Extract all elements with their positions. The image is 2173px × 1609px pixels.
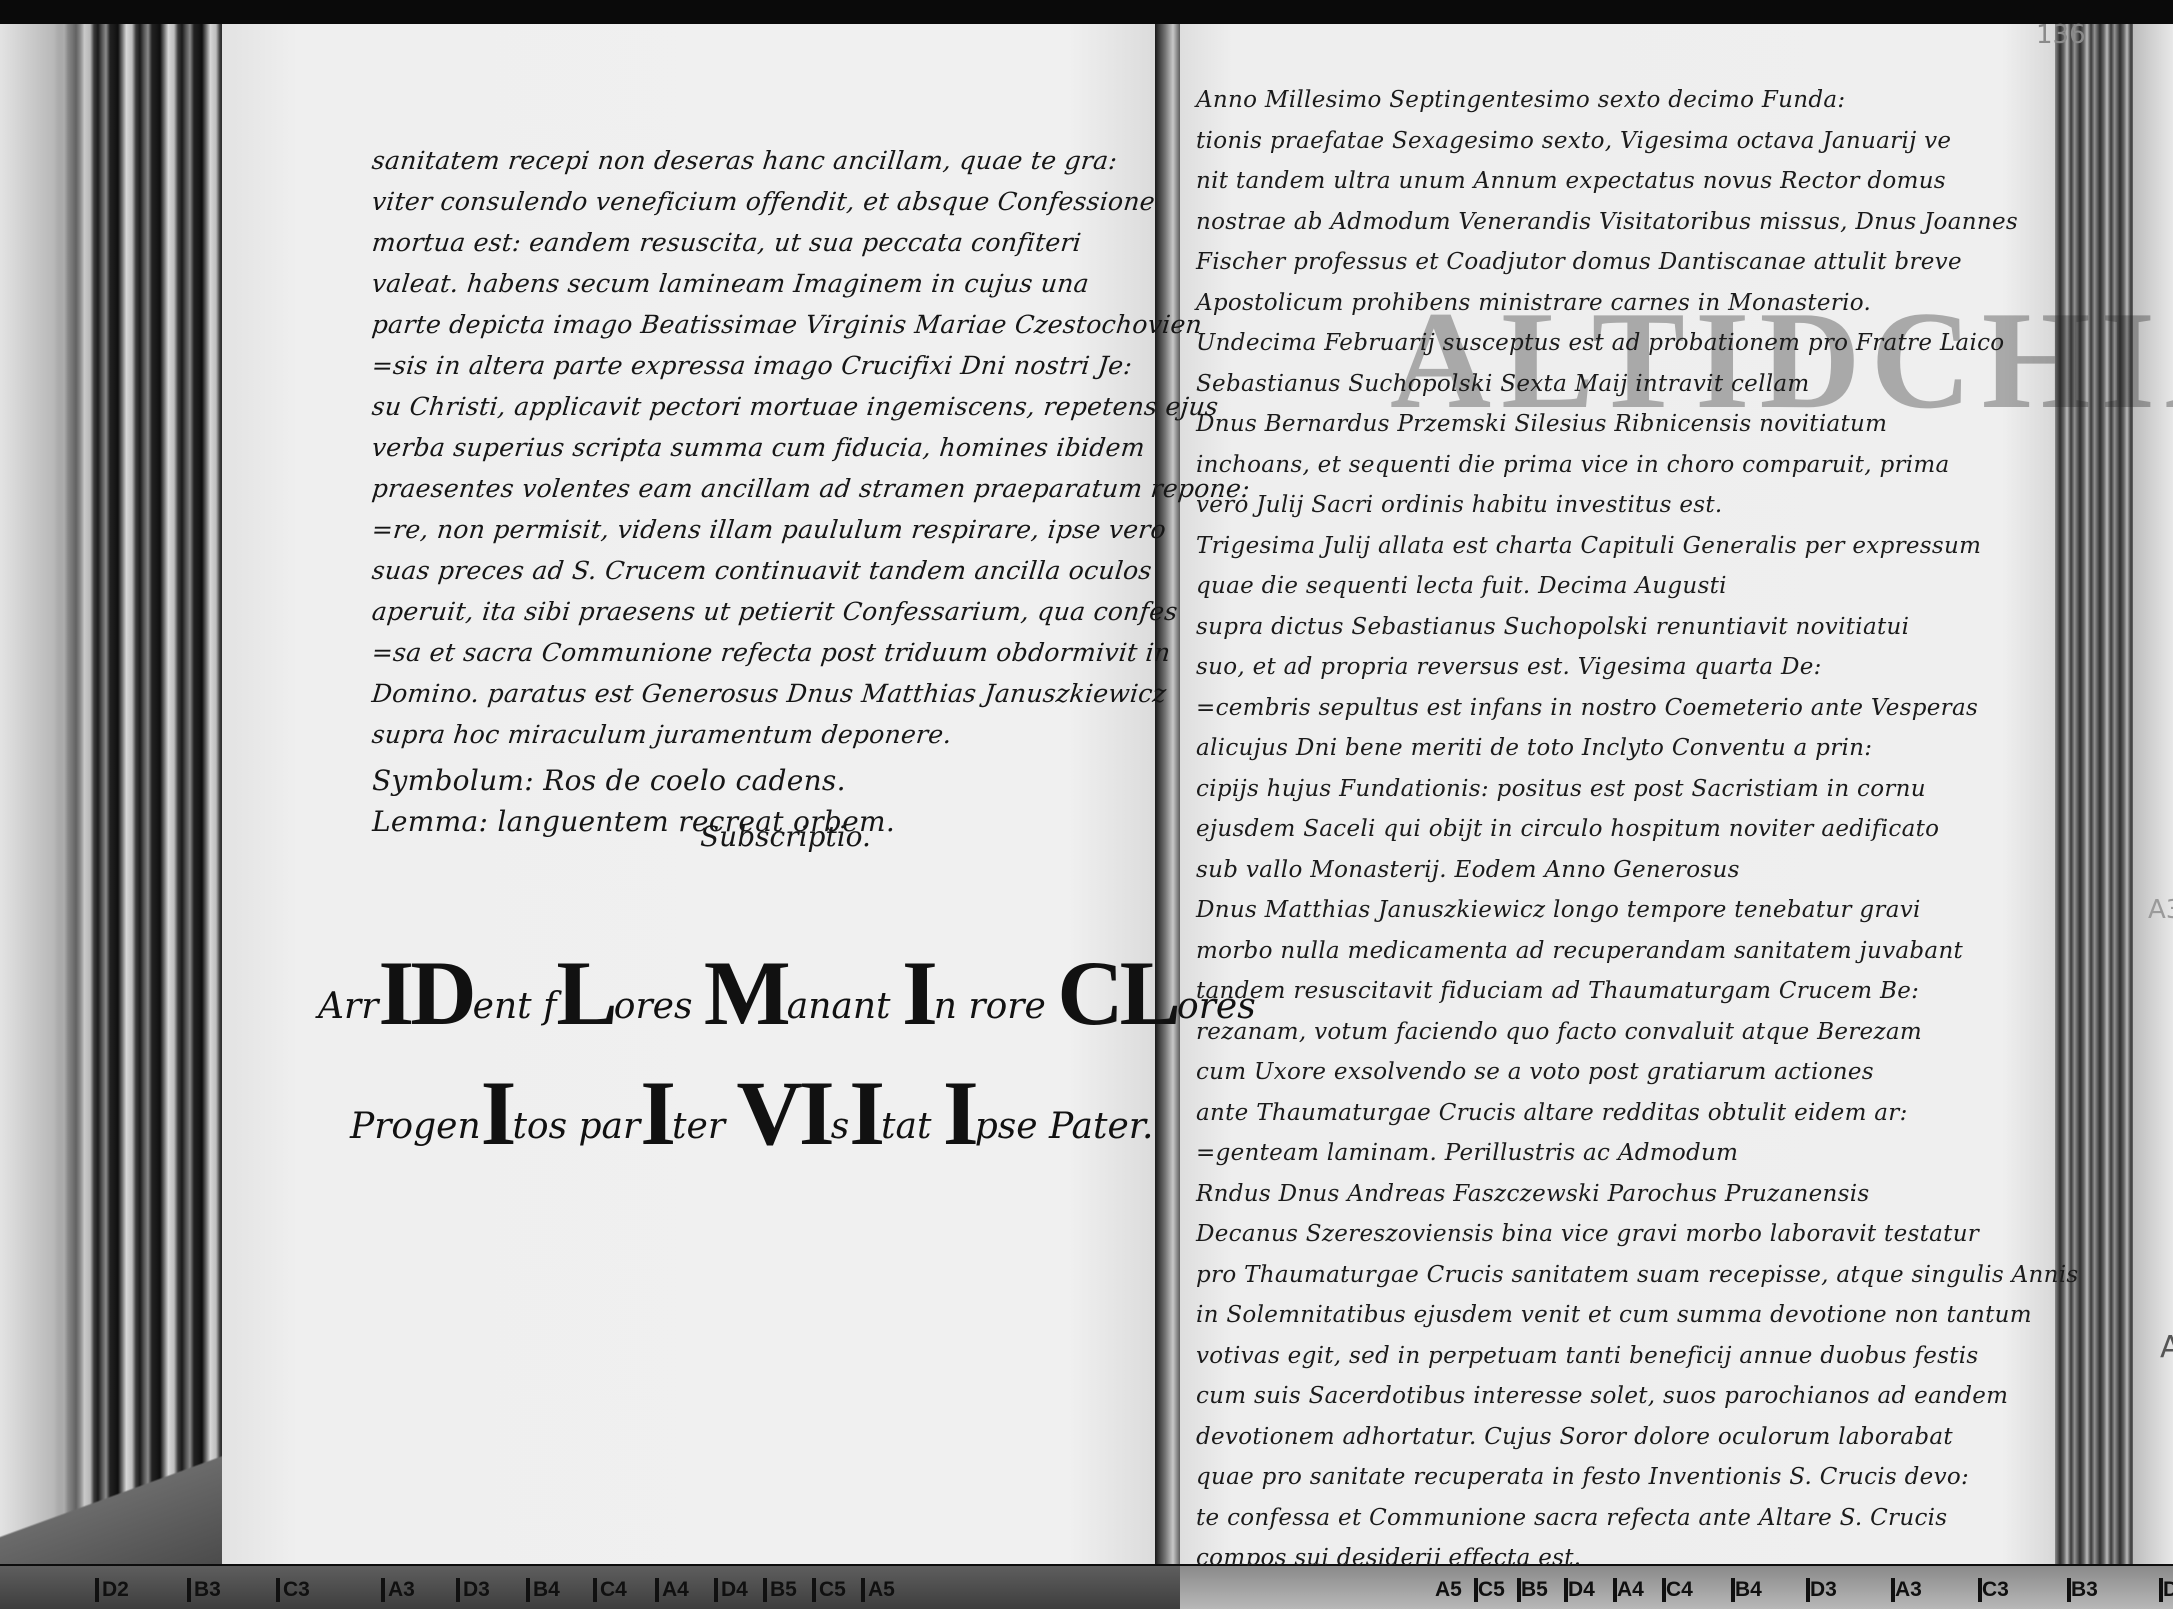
scale-label: D3 xyxy=(1810,1578,1895,1602)
scale-label: B3 xyxy=(2071,1578,2163,1602)
manuscript-line: aperuit, ita sibi praesens ut petierit C… xyxy=(370,591,1252,632)
manuscript-line: Dnus Matthias Januszkiewicz longo tempor… xyxy=(1196,890,2078,931)
scale-label: C5 xyxy=(812,1578,861,1602)
edge-mark-lower: A xyxy=(2160,1330,2173,1365)
manuscript-line: sanitatem recepi non deseras hanc ancill… xyxy=(370,140,1252,181)
chronogram-text: Progen xyxy=(350,1106,481,1147)
manuscript-line: quae die sequenti lecta fuit. Decima Aug… xyxy=(1196,566,2078,607)
chronogram-numeral: L xyxy=(556,942,613,1044)
manuscript-line: Sebastianus Suchopolski Sexta Maij intra… xyxy=(1196,364,2078,405)
chronogram-text: ter xyxy=(672,1106,736,1147)
scale-label: D4 xyxy=(1568,1578,1617,1602)
manuscript-line: su Christi, applicavit pectori mortuae i… xyxy=(370,386,1252,427)
folio-number: 136 xyxy=(2036,20,2086,50)
symbolum-line: Symbolum: Ros de coelo cadens. xyxy=(372,760,895,801)
manuscript-line: nit tandem ultra unum Annum expectatus n… xyxy=(1196,161,2078,202)
chronogram-numeral: I xyxy=(849,1062,881,1164)
manuscript-line: Dnus Bernardus Przemski Silesius Ribnice… xyxy=(1196,404,2078,445)
manuscript-line: inchoans, et sequenti die prima vice in … xyxy=(1196,445,2078,486)
manuscript-line: tionis praefatae Sexagesimo sexto, Viges… xyxy=(1196,121,2078,162)
chronogram-text: anant xyxy=(787,986,902,1027)
chronogram-text: ores xyxy=(614,986,704,1027)
manuscript-line: votivas egit, sed in perpetuam tanti ben… xyxy=(1196,1336,2078,1377)
scale-label: C4 xyxy=(1666,1578,1735,1602)
manuscript-line: devotionem adhortatur. Cujus Soror dolor… xyxy=(1196,1417,2078,1458)
manuscript-line: =cembris sepultus est infans in nostro C… xyxy=(1196,688,2078,729)
chronogram-text: n rore xyxy=(934,986,1057,1027)
manuscript-line: Apostolicum prohibens ministrare carnes … xyxy=(1196,283,2078,324)
manuscript-line: praesentes volentes eam ancillam ad stra… xyxy=(370,468,1252,509)
manuscript-line: sub vallo Monasterij. Eodem Anno Generos… xyxy=(1196,850,2078,891)
manuscript-line: pro Thaumaturgae Crucis sanitatem suam r… xyxy=(1196,1255,2078,1296)
chronogram-numeral: M xyxy=(704,942,787,1044)
scale-label: B5 xyxy=(1521,1578,1568,1602)
scale-label: C5 xyxy=(1478,1578,1521,1602)
manuscript-line: vero Julij Sacri ordinis habitu investit… xyxy=(1196,485,2078,526)
left-page-body: sanitatem recepi non deseras hanc ancill… xyxy=(372,140,1250,755)
edge-mark-upper: A3 xyxy=(2148,895,2173,925)
manuscript-line: rezanam, votum faciendo quo facto conval… xyxy=(1196,1012,2078,1053)
scale-label: B4 xyxy=(526,1578,593,1602)
chronogram-text: s xyxy=(831,1106,849,1147)
manuscript-line: tandem resuscitavit fiduciam ad Thaumatu… xyxy=(1196,971,2078,1012)
manuscript-line: Anno Millesimo Septingentesimo sexto dec… xyxy=(1196,80,2078,121)
chronogram-numeral: VI xyxy=(736,1062,830,1164)
manuscript-line: in Solemnitatibus ejusdem venit et cum s… xyxy=(1196,1295,2078,1336)
manuscript-line: nostrae ab Admodum Venerandis Visitatori… xyxy=(1196,202,2078,243)
manuscript-line: =genteam laminam. Perillustris ac Admodu… xyxy=(1196,1133,2078,1174)
manuscript-line: ejusdem Saceli qui obijt in circulo hosp… xyxy=(1196,809,2078,850)
manuscript-line: supra hoc miraculum juramentum deponere. xyxy=(370,714,1252,755)
manuscript-line: verba superius scripta summa cum fiducia… xyxy=(370,427,1252,468)
scanner-top-border xyxy=(0,0,2173,25)
scale-label: D4 xyxy=(714,1578,763,1602)
right-page-body: Anno Millesimo Septingentesimo sexto dec… xyxy=(1196,80,2078,1579)
scale-label: A5 xyxy=(861,1578,910,1602)
manuscript-line: cum Uxore exsolvendo se a voto post grat… xyxy=(1196,1052,2078,1093)
manuscript-line: parte depicta imago Beatissimae Virginis… xyxy=(370,304,1252,345)
manuscript-line: Fischer professus et Coadjutor domus Dan… xyxy=(1196,242,2078,283)
scale-label: A5 xyxy=(1435,1578,1478,1602)
scale-label: C4 xyxy=(593,1578,655,1602)
book-edge-left xyxy=(0,24,232,1564)
chronogram-numeral: I xyxy=(481,1062,513,1164)
scale-label: D3 xyxy=(456,1578,526,1602)
chronogram-numeral: ID xyxy=(378,942,472,1044)
scale-labels-right: A5C5B5D4A4C4B4D3A3C3B3D2A2 xyxy=(1435,1578,2173,1602)
manuscript-line: Decanus Szereszoviensis bina vice gravi … xyxy=(1196,1214,2078,1255)
scale-label: B4 xyxy=(1735,1578,1810,1602)
manuscript-line: supra dictus Sebastianus Suchopolski ren… xyxy=(1196,607,2078,648)
chronogram-line-2: ProgenItos parIter VIsItat Ipse Pater. xyxy=(350,1060,1154,1166)
chronogram-numeral: CL xyxy=(1057,942,1177,1044)
scale-label: D2 xyxy=(2163,1578,2173,1602)
manuscript-line: Trigesima Julij allata est charta Capitu… xyxy=(1196,526,2078,567)
chronogram-text: pse Pater. xyxy=(975,1106,1154,1147)
manuscript-line: quae pro sanitate recuperata in festo In… xyxy=(1196,1457,2078,1498)
manuscript-line: cipijs hujus Fundationis: positus est po… xyxy=(1196,769,2078,810)
manuscript-line: valeat. habens secum lamineam Imaginem i… xyxy=(370,263,1252,304)
manuscript-line: suas preces ad S. Crucem continuavit tan… xyxy=(370,550,1252,591)
chronogram-line-1: ArrIDent fLores Manant In rore CLores xyxy=(318,940,1256,1046)
chronogram-numeral: I xyxy=(943,1062,975,1164)
scale-label: C3 xyxy=(1982,1578,2071,1602)
chronogram-numeral: I xyxy=(640,1062,672,1164)
manuscript-line: =re, non permisit, videns illam paululum… xyxy=(370,509,1252,550)
manuscript-line: morbo nulla medicamenta ad recuperandam … xyxy=(1196,931,2078,972)
scale-label: B3 xyxy=(187,1578,276,1602)
manuscript-line: Rndus Dnus Andreas Faszczewski Parochus … xyxy=(1196,1174,2078,1215)
chronogram-text: ent f xyxy=(473,986,557,1027)
scale-label: A3 xyxy=(1895,1578,1982,1602)
scale-label: B5 xyxy=(763,1578,812,1602)
manuscript-line: Domino. paratus est Generosus Dnus Matth… xyxy=(370,673,1252,714)
manuscript-line: Undecima Februarij susceptus est ad prob… xyxy=(1196,323,2078,364)
scale-label: C3 xyxy=(276,1578,381,1602)
chronogram-text: tat xyxy=(881,1106,943,1147)
manuscript-line: mortua est: eandem resuscita, ut sua pec… xyxy=(370,222,1252,263)
scale-label: D2 xyxy=(95,1578,187,1602)
manuscript-line: =sis in altera parte expressa imago Cruc… xyxy=(370,345,1252,386)
chronogram-text: Arr xyxy=(318,986,378,1027)
manuscript-line: cum suis Sacerdotibus interesse solet, s… xyxy=(1196,1376,2078,1417)
manuscript-line: ante Thaumaturgae Crucis altare redditas… xyxy=(1196,1093,2078,1134)
chronogram-text: tos par xyxy=(512,1106,640,1147)
manuscript-line: =sa et sacra Communione refecta post tri… xyxy=(370,632,1252,673)
scale-label: A4 xyxy=(1617,1578,1666,1602)
manuscript-line: te confessa et Communione sacra refecta … xyxy=(1196,1498,2078,1539)
manuscript-line: alicujus Dni bene meriti de toto Inclyto… xyxy=(1196,728,2078,769)
scale-label: A4 xyxy=(655,1578,714,1602)
subscriptio-heading: Subscriptio. xyxy=(700,820,871,853)
manuscript-line: viter consulendo veneficium offendit, et… xyxy=(370,181,1252,222)
chronogram-numeral: I xyxy=(902,942,934,1044)
manuscript-line: suo, et ad propria reversus est. Vigesim… xyxy=(1196,647,2078,688)
scale-label: A3 xyxy=(381,1578,456,1602)
scale-labels-left: D2B3C3A3D3B4C4A4D4B5C5A5 xyxy=(95,1578,910,1602)
